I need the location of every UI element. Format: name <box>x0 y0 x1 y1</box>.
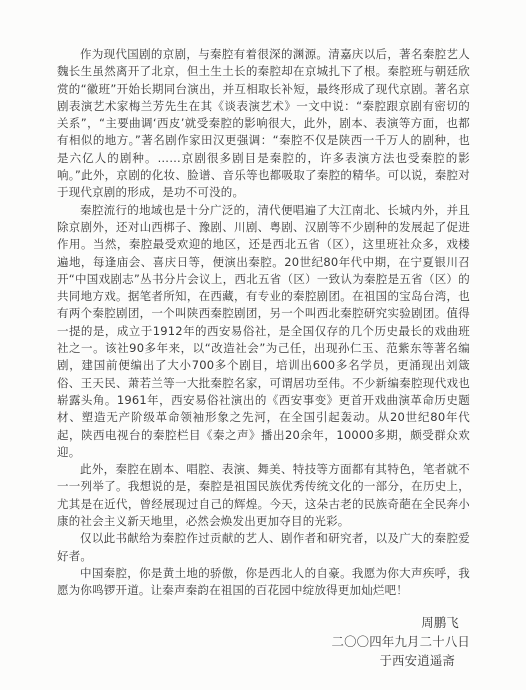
preface-paragraph-5: 中国秦腔，你是黄土地的骄傲，你是西北人的自豪。我愿为你大声疾呼，我愿为你鸣锣开道… <box>57 565 470 600</box>
signature-place: 于西安逍遥斋 <box>57 651 470 670</box>
signature-author: 周鹏飞 <box>57 613 470 632</box>
preface-paragraph-2: 秦腔流行的地域也是十分广泛的，清代便唱遍了大江南北、长城内外，并且除京剧外，还对… <box>57 202 470 461</box>
document-page: 作为现代国剧的京剧，与秦腔有着很深的渊源。清嘉庆以后，著名秦腔艺人魏长生虽然离开… <box>0 0 526 690</box>
preface-paragraph-3: 此外，秦腔在剧本、唱腔、表演、舞美、特技等方面都有其特色，笔者就不一一列举了。我… <box>57 461 470 530</box>
preface-paragraph-1: 作为现代国剧的京剧，与秦腔有着很深的渊源。清嘉庆以后，著名秦腔艺人魏长生虽然离开… <box>57 46 470 202</box>
signature-block: 周鹏飞 二〇〇四年九月二十八日 于西安逍遥斋 <box>57 613 470 671</box>
preface-paragraph-4: 仅以此书献给为秦腔作过贡献的艺人、剧作者和研究者，以及广大的秦腔爱好者。 <box>57 530 470 565</box>
signature-date: 二〇〇四年九月二十八日 <box>57 632 470 651</box>
preface-body: 作为现代国剧的京剧，与秦腔有着很深的渊源。清嘉庆以后，著名秦腔艺人魏长生虽然离开… <box>57 46 470 671</box>
